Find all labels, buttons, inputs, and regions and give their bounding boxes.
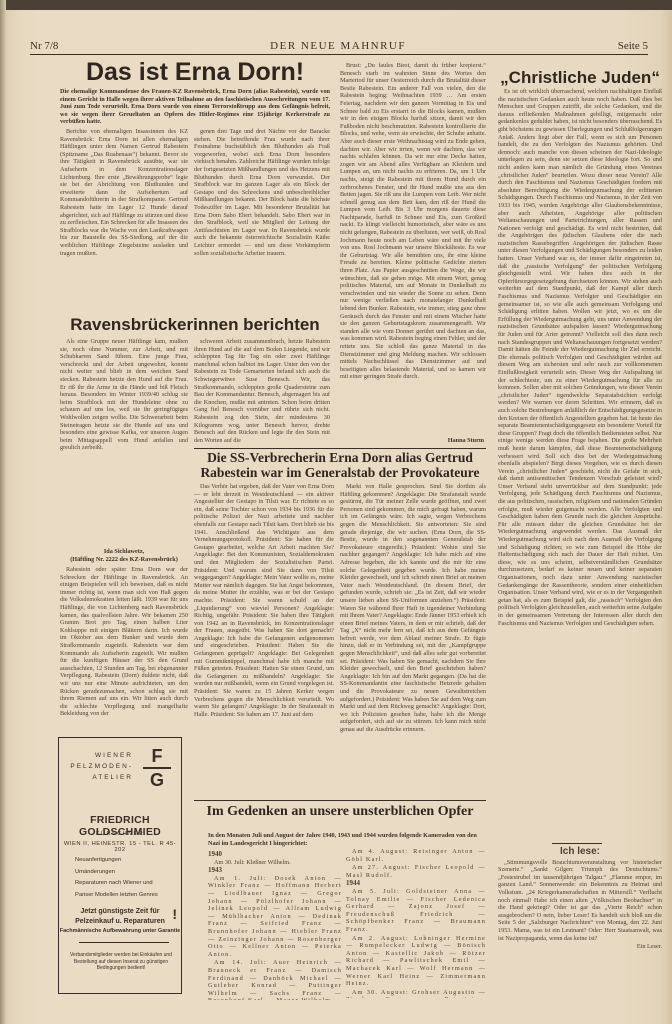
ad-service: Pariser Modellen letzten Genres — [75, 890, 158, 902]
ad-trade: KÜRSCHNER — [59, 831, 181, 837]
article-dorn-col1: Berichte von ehemaligen Insassinnen des … — [60, 128, 188, 316]
memorial-entry: Am 4. August: Reisinger Anton — Göbl Kar… — [346, 848, 486, 863]
memorial-col2: Am 4. August: Reisinger Anton — Göbl Kar… — [346, 848, 486, 998]
newspaper-title: DER NEUE MAHNRUF — [270, 40, 406, 52]
scan-top-edge — [0, 0, 672, 10]
memorial-year: 1943 — [208, 867, 342, 875]
memorial-intro: In den Monaten Juli und August der Jahre… — [208, 832, 486, 847]
scan-left-edge — [0, 0, 6, 1024]
ad-line: WIENER — [65, 750, 133, 761]
divider — [552, 843, 602, 844]
headline-berichten: Ravensbrückerinnen berichten — [60, 315, 330, 335]
ad-line: PELZMODEN- — [65, 761, 133, 772]
ad-divider — [79, 942, 169, 943]
memorial-year: 1944 — [346, 880, 486, 888]
newspaper-page: Nr 7/8 DER NEUE MAHNRUF Seite 5 Das ist … — [0, 0, 672, 1024]
article-berichten-col1: Als eine Gruppe neuer Häftlinge kam, muß… — [60, 338, 188, 544]
column-ich-lese: Ich lese: „Stimmungsvolle Brauchtumsvera… — [498, 846, 662, 996]
logo-letter: G — [143, 770, 171, 790]
memorial-entry: Am 30. August: Grohser Augustin — Ziegle… — [346, 989, 486, 998]
article-dorn-col2: genen drei Tage und drei Nächte vor der … — [194, 128, 330, 316]
ich-lese-signature: Ein Leser. — [498, 943, 662, 951]
ad-service: Reparaturen nach Wiener und — [75, 878, 158, 890]
page-number: Seite 5 — [618, 40, 648, 52]
signature-hanna-sturm: Hanna Sturm — [400, 437, 484, 444]
memorial-entry: Am 27. August: Fischer Leopold — Masl Ru… — [346, 864, 486, 879]
ad-promo: Jetzt günstigste Zeit für Pelzeinkauf u.… — [63, 907, 177, 926]
article-ss-col2: Markt von Halle gesprochen. Sind Sie dor… — [340, 483, 486, 793]
divider — [194, 448, 486, 449]
headline-line-2: Rabestein war im Generalstab der Provoka… — [194, 465, 486, 480]
article-christliche-body: Es ist oft wirklich überraschend, welche… — [498, 88, 662, 843]
signature-detail: (Häftling Nr. 2222 des KZ-Ravensbrück) — [60, 556, 188, 563]
advertisement-goldschmied: WIENER PELZMODEN- ATELIER F G FRIEDRICH … — [58, 737, 182, 994]
masthead: Nr 7/8 DER NEUE MAHNRUF Seite 5 — [30, 36, 648, 55]
ad-promo-line: Jetzt günstigste Zeit für — [63, 907, 177, 917]
ad-service: Neuanfertigungen — [75, 855, 158, 867]
memorial-entry: Am 1. Juli: Dosek Anton — Winkler Franz … — [208, 875, 342, 959]
headline-memorial: Im Gedenken an unsere unsterblichen Opfe… — [194, 804, 486, 820]
headline-erna-dorn: Das ist Erna Dorn! — [60, 58, 330, 87]
article-berichten-col2: schweren Arbeit zusammenbrach, hetzte Ra… — [194, 338, 330, 444]
memorial-entry: Am 2. August: Lohninger Hermine — Rumpel… — [346, 935, 486, 988]
ad-services: Neuanfertigungen Umänderungen Reparature… — [75, 855, 158, 901]
ich-lese-body: „Stimmungsvolle Brauchtumsveranstaltung … — [498, 859, 662, 943]
ad-service: Umänderungen — [75, 867, 158, 879]
headline-line-1: Die SS-Verbrecherin Erna Dorn alias Gert… — [194, 450, 486, 465]
fg-logo-icon: F G — [143, 746, 171, 790]
ad-promo-line: Pelzeinkauf u. Reparaturen — [63, 917, 177, 927]
ad-address: WIEN II, HEINESTR. 15 - TEL. R 45-202 — [59, 841, 181, 853]
lead-erna-dorn: Die ehemalige Kommandeuse des Frauen-KZ … — [60, 88, 330, 126]
memorial-entry: Am 5. Juli: Goldsteiner Anna — Tolnay Em… — [346, 888, 486, 934]
ad-guarantee: Fachmännische Aufbewahrung unter Garanti… — [59, 928, 181, 934]
memorial-entry: Am 14. Juli: Auer Heinrich — Brauneck er… — [208, 959, 342, 1000]
article-dorn-col3: Brust: „Du faules Biest, damit du früher… — [340, 62, 486, 427]
article-ss-col1: Das Verhör hat ergeben, daß der Vater vo… — [194, 483, 334, 793]
memorial-entry: Am 30. Juli: Kleßner Wilhelm. — [208, 859, 342, 867]
ich-lese-title: Ich lese: — [498, 848, 662, 856]
memorial-year: 1940 — [208, 851, 342, 859]
ad-member-note: Verbandsmitglieder werden bei Einkäufen … — [67, 952, 175, 972]
headline-ss-verbrecherin: Die SS-Verbrecherin Erna Dorn alias Gert… — [194, 450, 486, 480]
issue-number: Nr 7/8 — [30, 40, 58, 52]
exclamation-icon: ! — [172, 910, 177, 920]
signature-ida-sichlawetz: Ida Sichlawetz, — [60, 548, 188, 555]
ad-line: ATELIER — [65, 772, 133, 783]
headline-christliche-juden: „Christliche Juden“ — [494, 68, 666, 88]
logo-letter: F — [143, 746, 171, 766]
divider — [194, 800, 486, 801]
memorial-col1: 1940 Am 30. Juli: Kleßner Wilhelm. 1943 … — [208, 850, 342, 1000]
logo-bar — [143, 767, 171, 769]
ad-tagline: WIENER PELZMODEN- ATELIER — [65, 750, 133, 783]
article-berichten-col1b: Rabestein oder später Erna Dorn war der … — [60, 566, 188, 730]
